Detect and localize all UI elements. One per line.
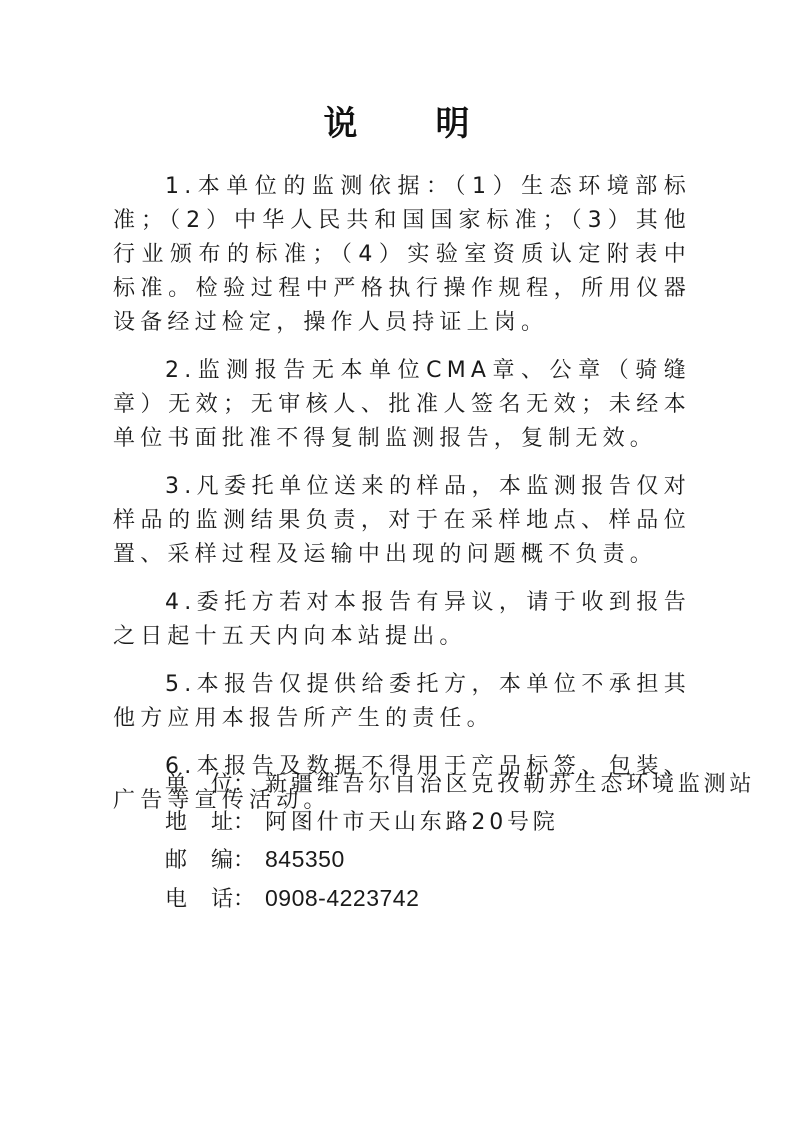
paragraph-1: 1.本单位的监测依据：（1）生态环境部标准；（2）中华人民共和国国家标准；（3）… (113, 170, 691, 340)
paragraph-5: 5.本报告仅提供给委托方，本单位不承担其他方应用本报告所产生的责任。 (113, 668, 691, 736)
unit-name: 新疆维吾尔自治区克孜勒苏生态环境监测站 (265, 766, 755, 804)
label-char: 址 (211, 810, 233, 835)
contact-row-address: 地 址： 阿图什市天山东路20号院 (165, 804, 755, 842)
label-colon: ： (233, 887, 255, 912)
label-char: 地 (165, 804, 187, 842)
contact-label: 电 话： (165, 881, 255, 919)
contact-label: 地 址： (165, 804, 255, 842)
label-char: 位 (211, 772, 233, 797)
label-char: 邮 (165, 842, 187, 880)
label-colon: ： (233, 848, 255, 873)
document-page: 说明 1.本单位的监测依据：（1）生态环境部标准；（2）中华人民共和国国家标准；… (0, 0, 793, 1122)
paragraph-4: 4.委托方若对本报告有异议，请于收到报告之日起十五天内向本站提出。 (113, 586, 691, 654)
contact-row-postcode: 邮 编： 845350 (165, 841, 755, 880)
page-title: 说明 (0, 96, 793, 145)
title-char-1: 说 (324, 96, 358, 145)
contact-info: 单 位： 新疆维吾尔自治区克孜勒苏生态环境监测站 地 址： 阿图什市天山东路20… (165, 766, 755, 918)
paragraph-2: 2.监测报告无本单位CMA章、公章（骑缝章）无效；无审核人、批准人签名无效；未经… (113, 354, 691, 456)
label-colon: ： (233, 810, 255, 835)
contact-label: 邮 编： (165, 842, 255, 880)
title-char-2: 明 (436, 96, 470, 145)
contact-label: 单 位： (165, 766, 255, 804)
contact-row-phone: 电 话： 0908-4223742 (165, 880, 755, 919)
paragraph-3: 3.凡委托单位送来的样品，本监测报告仅对样品的监测结果负责，对于在采样地点、样品… (113, 470, 691, 572)
postcode: 845350 (265, 841, 345, 879)
instructions-body: 1.本单位的监测依据：（1）生态环境部标准；（2）中华人民共和国国家标准；（3）… (113, 170, 691, 832)
contact-row-unit: 单 位： 新疆维吾尔自治区克孜勒苏生态环境监测站 (165, 766, 755, 804)
label-colon: ： (233, 772, 255, 797)
label-char: 电 (165, 881, 187, 919)
label-char: 编 (211, 848, 233, 873)
phone-number: 0908-4223742 (265, 880, 419, 918)
label-char: 话 (211, 887, 233, 912)
address: 阿图什市天山东路20号院 (265, 804, 559, 842)
label-char: 单 (165, 766, 187, 804)
